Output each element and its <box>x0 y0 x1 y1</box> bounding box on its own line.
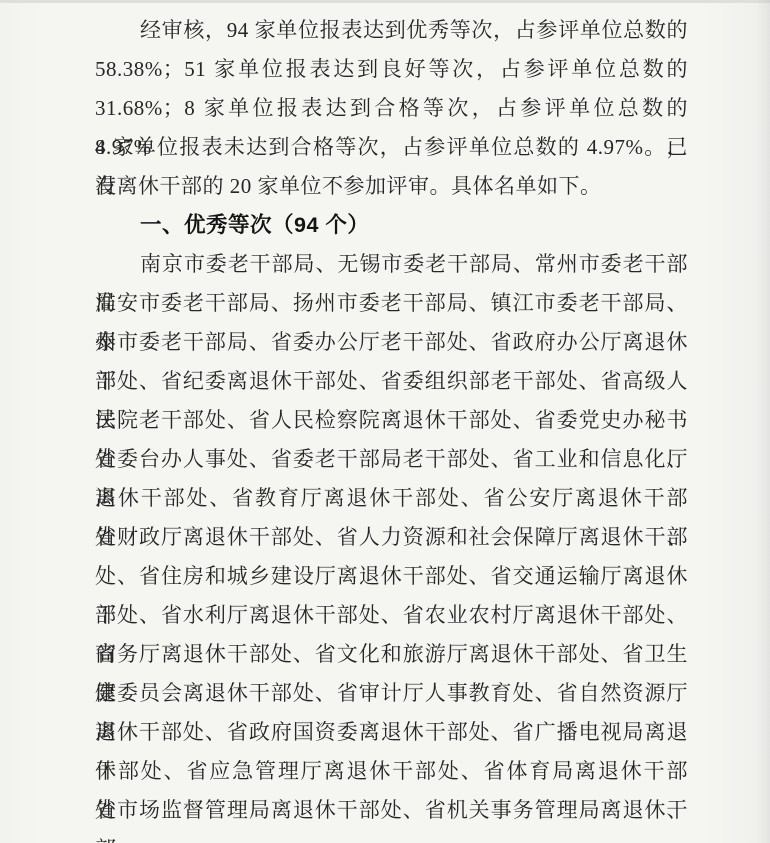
scanned-document-page: 经审核，94 家单位报表达到优秀等次，占参评单位总数的 58.38%；51 家单… <box>0 0 770 843</box>
document-body: 经审核，94 家单位报表达到优秀等次，占参评单位总数的 58.38%；51 家单… <box>95 11 688 830</box>
list-line: 部处、省水利厅离退休干部处、省农业农村厅离退休干部处、省 <box>95 596 688 635</box>
scan-top-edge <box>0 0 770 3</box>
list-line: 南京市委老干部局、无锡市委老干部局、常州市委老干部局、 <box>95 245 688 284</box>
list-line: 省市场监督管理局离退休干部处、省机关事务管理局离退休干部 <box>95 791 688 830</box>
list-line: 处、省住房和城乡建设厅离退休干部处、省交通运输厅离退休干 <box>95 557 688 596</box>
intro-line: 58.38%；51 家单位报表达到良好等次，占参评单位总数的 <box>95 50 688 89</box>
list-line: 省财政厅离退休干部处、省人力资源和社会保障厅离退休干部 <box>95 518 688 557</box>
list-line: 商务厅离退休干部处、省文化和旅游厅离退休干部处、省卫生健 <box>95 635 688 674</box>
list-line: 部处、省纪委离退休干部处、省委组织部老干部处、省高级人民 <box>95 362 688 401</box>
list-line: 康委员会离退休干部处、省审计厅人事教育处、省自然资源厅离 <box>95 674 688 713</box>
intro-line: 31.68%；8 家单位报表达到合格等次，占参评单位总数的 4.97%， <box>95 89 688 128</box>
scan-right-shade <box>756 0 770 843</box>
section-heading: 一、优秀等次（94 个） <box>95 206 688 245</box>
list-line: 法院老干部处、省人民检察院离退休干部处、省委党史办秘书处、 <box>95 401 688 440</box>
list-line: 州市委老干部局、省委办公厅老干部处、省政府办公厅离退休干 <box>95 323 688 362</box>
list-line: 省委台办人事处、省委老干部局老干部处、省工业和信息化厅离 <box>95 440 688 479</box>
intro-line: 经审核，94 家单位报表达到优秀等次，占参评单位总数的 <box>95 11 688 50</box>
intro-line: 有离休干部的 20 家单位不参加评审。具体名单如下。 <box>95 167 688 206</box>
intro-line: 8 家单位报表未达到合格等次，占参评单位总数的 4.97%。已没 <box>95 128 688 167</box>
list-line: 淮安市委老干部局、扬州市委老干部局、镇江市委老干部局、泰 <box>95 284 688 323</box>
list-line: 干部处、省应急管理厅离退休干部处、省体育局离退休干部处、 <box>95 752 688 791</box>
list-line: 退休干部处、省教育厅离退休干部处、省公安厅离退休干部处、 <box>95 479 688 518</box>
list-line: 退休干部处、省政府国资委离退休干部处、省广播电视局离退休 <box>95 713 688 752</box>
